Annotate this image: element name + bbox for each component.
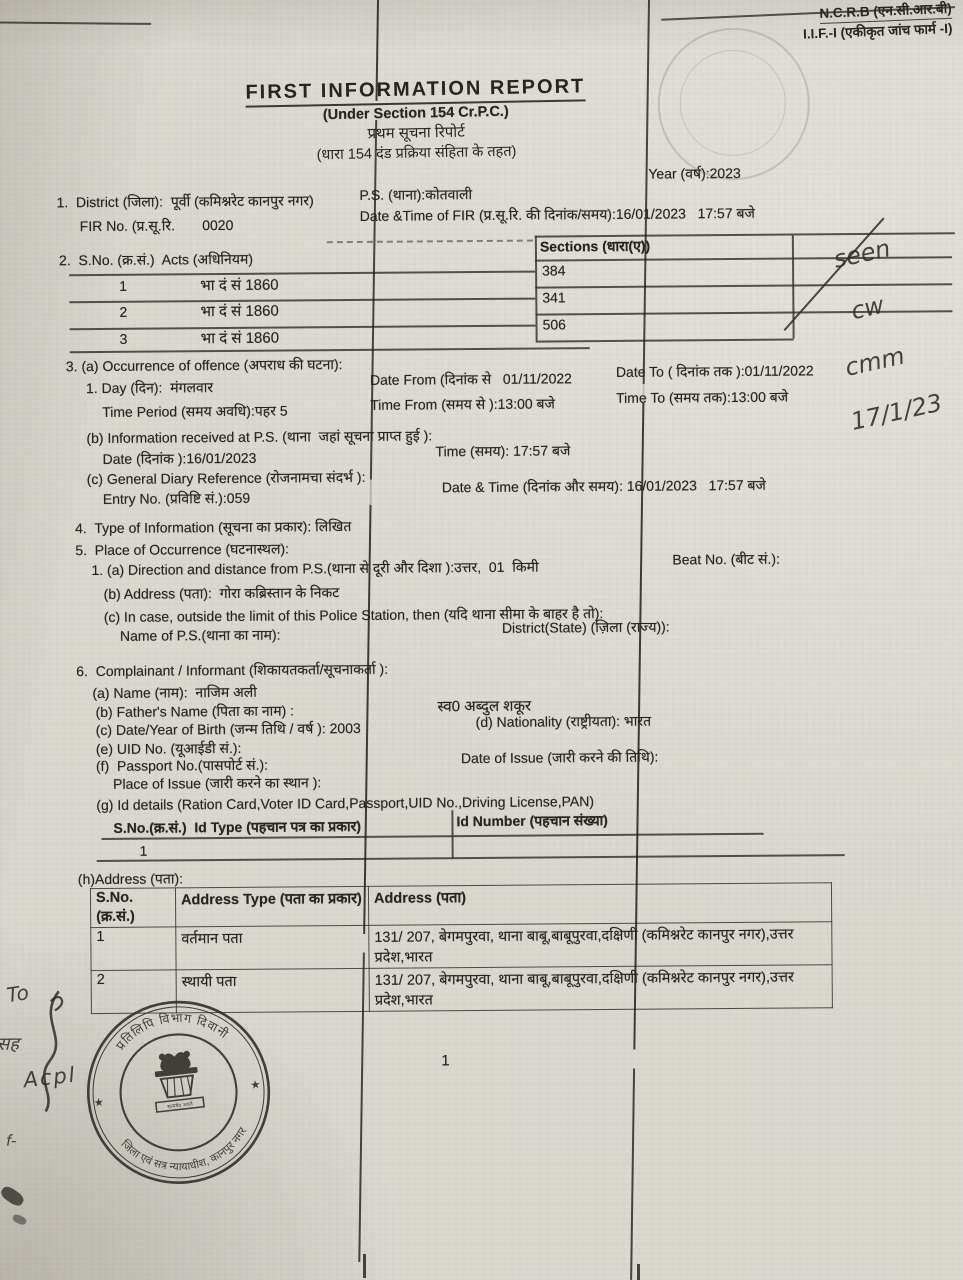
info-time-field: Time (समय): 17:57 बजे	[435, 441, 570, 461]
court-seal-stamp: प्रतिलिपि विभाग दिवानी जिला एवं सत्र न्य…	[73, 987, 283, 1197]
date-from-field: Date From (दिनांक से 01/11/2022	[370, 369, 572, 390]
top-left-rule	[0, 21, 151, 24]
day-field: 1. Day (दिन): मंगलवार	[86, 378, 213, 398]
seal-inner-ring	[114, 1028, 242, 1156]
address-row-type: वर्तमान पता	[176, 925, 369, 970]
info-date-field: Date (दिनांक ):16/01/2023	[102, 449, 256, 469]
handwriting-line: cw	[848, 291, 886, 325]
act-row-act: भा दं सं 1860	[200, 275, 279, 296]
address-heading: (h)Address (पता):	[78, 869, 183, 889]
table-row: 1 वर्तमान पता 131/ 207, बेगमपुरवा, थाना …	[91, 922, 832, 971]
handwritten-mark: f-	[6, 1132, 17, 1150]
section-value: 506	[542, 316, 565, 332]
complainant-name-field: (a) Name (नाम): नाजिम अली	[92, 683, 257, 703]
ink-blotch	[12, 1213, 28, 1226]
title-sub-hi2: (धारा 154 दंड प्रक्रिया संहिता के तहत)	[316, 144, 516, 164]
document-content: N.C.R.B (एन.सी.आर.बी) I.I.F.-I (एकीकृत ज…	[0, 0, 963, 1280]
address-col-type: Address Type (पता का प्रकार)	[175, 886, 368, 927]
handwriting-line: 17/1/23	[848, 389, 944, 436]
sections-header: Sections (धारा(ए))	[540, 237, 650, 257]
ashoka-emblem-icon: सत्यमेव जयते	[150, 1050, 204, 1112]
year-field: Year (वर्ष):2023	[648, 164, 741, 184]
id-row-sno: 1	[140, 843, 148, 859]
fir-number-field: FIR No. (प्र.सू.रि. 0020	[80, 216, 234, 236]
page-number: 1	[441, 1052, 449, 1069]
form-corner-block: N.C.R.B (एन.सी.आर.बी) I.I.F.-I (एकीकृत ज…	[600, 0, 953, 52]
occurrence-address-field: (b) Address (पता): गोरा कब्रिस्तान के नि…	[104, 583, 340, 604]
title-sub-en: (Under Section 154 Cr.P.C.)	[323, 104, 509, 123]
page-title: FIRST INFORMATION REPORT	[245, 75, 585, 107]
birth-year-field: (c) Date/Year of Birth (जन्म तिथि / वर्ष…	[96, 719, 361, 740]
date-of-issue-field: Date of Issue (जारी करने की तिथि):	[461, 748, 659, 769]
rule	[70, 347, 590, 353]
time-from-field: Time From (समय से ):13:00 बजे	[370, 394, 555, 414]
rule	[69, 298, 535, 303]
nationality-field: (d) Nationality (राष्ट्रीयता): भारत	[476, 712, 652, 732]
star-icon: ★	[250, 1079, 262, 1092]
rule	[536, 339, 794, 343]
address-col-sno: S.No.(क्र.सं.)	[90, 888, 175, 928]
star-icon: ★	[93, 1097, 105, 1110]
gd-datetime-field: Date & Time (दिनांक और समय): 16/01/2023 …	[442, 476, 766, 498]
handwritten-flourish	[23, 987, 74, 1117]
occurrence-heading: 3. (a) Occurrence of offence (अपराध की घ…	[66, 355, 343, 376]
gd-entry-field: Entry No. (प्रविष्टि सं.):059	[103, 489, 250, 509]
act-row-act: भा दं सं 1860	[200, 301, 279, 322]
rule	[70, 325, 536, 330]
beat-no-field: Beat No. (बीट सं.):	[672, 550, 780, 570]
type-of-information-field: 4. Type of Information (सूचना का प्रकार)…	[75, 517, 351, 538]
id-number-column-header: Id Number (पहचान संख्या)	[456, 811, 608, 831]
rule	[97, 854, 845, 862]
address-row-address: 131/ 207, बेगमपुरवा, थाना बाबू,बाबूपुरवा…	[369, 965, 832, 1012]
handwriting-line: cmm	[843, 342, 908, 382]
id-type-column-header: S.No.(क्र.सं.) Id Type (पहचान पत्र का प्…	[113, 817, 361, 838]
faint-stamp-inner	[679, 50, 786, 157]
title-block: FIRST INFORMATION REPORT (Under Section …	[230, 75, 601, 166]
faint-stamp-outer	[657, 27, 810, 180]
address-table-header-row: S.No.(क्र.सं.) Address Type (पता का प्रक…	[90, 883, 831, 928]
id-details-heading: (g) Id details (Ration Card,Voter ID Car…	[96, 793, 594, 813]
section-value: 341	[542, 289, 565, 305]
police-station-field: P.S. (थाना):कोतवाली	[359, 185, 472, 205]
date-to-field: Date To ( दिनांक तक ):01/11/2022	[616, 361, 814, 382]
iif-label: I.I.F.-I (एकीकृत जांच फार्म -I)	[803, 21, 953, 42]
place-heading: 5. Place of Occurrence (घटनास्थल):	[75, 540, 289, 561]
acts-table-dash-line	[327, 240, 533, 244]
time-period-field: Time Period (समय अवधि):पहर 5	[102, 402, 288, 422]
id-table-divider	[451, 810, 453, 858]
ink-blotch	[0, 1184, 26, 1208]
fir-datetime-field: Date &Time of FIR (प्र.सू.रि. की दिनांक/…	[360, 204, 755, 226]
address-col-address: Address (पता)	[368, 883, 831, 926]
act-row-sno: 1	[119, 278, 127, 294]
address-row-address: 131/ 207, बेगमपुरवा, थाना बाबू,बाबूपुरवा…	[369, 922, 832, 969]
act-row-sno: 2	[119, 304, 127, 320]
seal-second-ring	[84, 998, 273, 1187]
complainant-heading: 6. Complainant / Informant (शिकायतकर्ता/…	[76, 660, 388, 681]
handwritten-partial: सह	[0, 1032, 19, 1056]
gd-reference-heading: (c) General Diary Reference (रोजनामचा सं…	[87, 468, 366, 489]
time-to-field: Time To (समय तक):13:00 बजे	[616, 388, 788, 408]
ncrb-label: N.C.R.B (एन.सी.आर.बी)	[819, 0, 952, 24]
act-row-sno: 3	[120, 331, 128, 347]
rule	[69, 271, 535, 276]
info-received-heading: (b) Information received at P.S. (थाना ज…	[86, 426, 432, 448]
place-of-issue-field: Place of Issue (जारी करने का स्थान ):	[113, 773, 321, 794]
district-field: 1. District (जिला): पूर्वी (कमिश्नरेट का…	[56, 191, 313, 212]
act-row-act: भा दं सं 1860	[201, 328, 280, 349]
name-of-ps-field: Name of P.S.(थाना का नाम):	[120, 626, 281, 646]
section-value: 384	[542, 262, 565, 278]
fir-document-page: N.C.R.B (एन.सी.आर.बी) I.I.F.-I (एकीकृत ज…	[0, 0, 963, 1280]
acts-header: 2. S.No. (क्र.सं.) Acts (अधिनियम)	[59, 250, 253, 271]
address-row-sno: 1	[91, 927, 176, 971]
direction-distance-field: 1. (a) Direction and distance from P.S.(…	[91, 558, 538, 581]
title-sub-hi: प्रथम सूचना रिपोर्ट	[367, 124, 465, 143]
district-state-field: District(State) (ज़िला (राज्य)):	[502, 618, 670, 638]
